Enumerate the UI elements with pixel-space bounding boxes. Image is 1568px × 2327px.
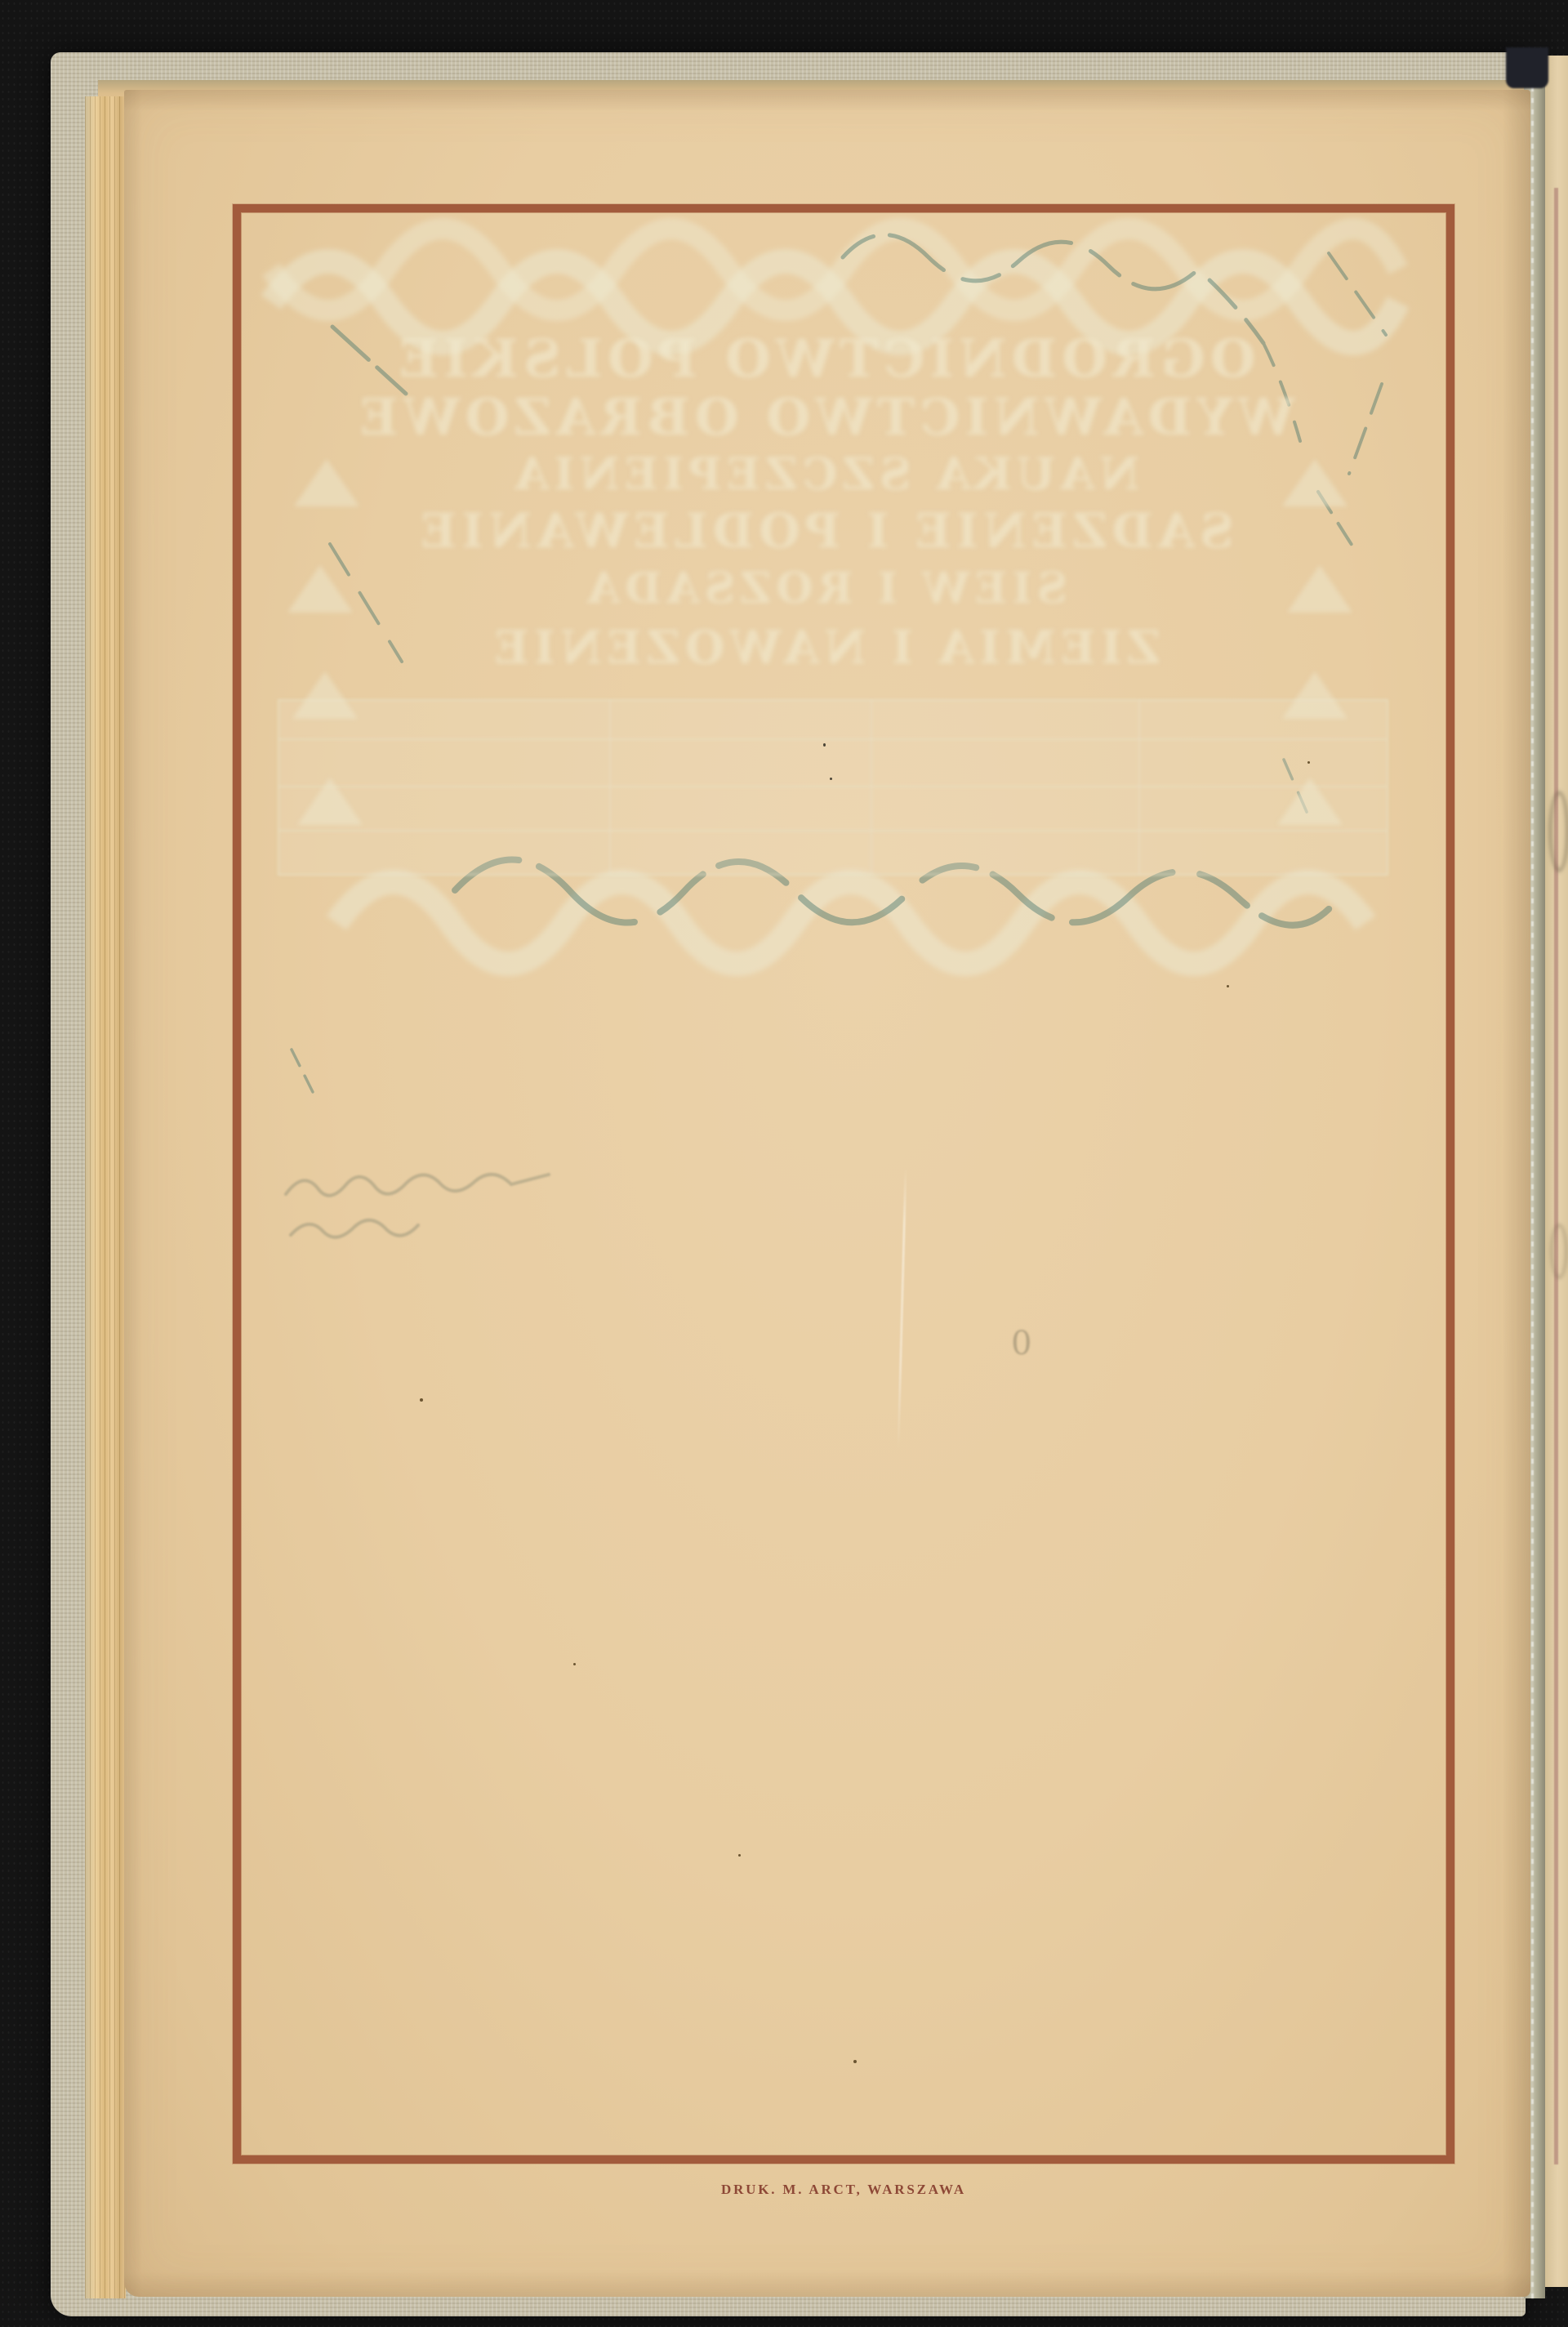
next-page-sliver <box>1545 56 1568 2287</box>
printed-border-frame <box>233 204 1454 2164</box>
next-page-frame-line <box>1554 188 1558 2164</box>
scanned-book-photo: OGRODNICTWO POLSKIE WYDAWNICTWO OBRAZOWE… <box>0 0 1568 2327</box>
cover-corner-shadow <box>1506 47 1548 88</box>
next-page-letter-ghost <box>1550 1224 1568 1279</box>
page-edges-left <box>85 96 126 2298</box>
next-page-letter-ghost <box>1548 791 1568 872</box>
printer-imprint: DRUK. M. ARCT, WARSZAWA <box>233 2182 1454 2198</box>
